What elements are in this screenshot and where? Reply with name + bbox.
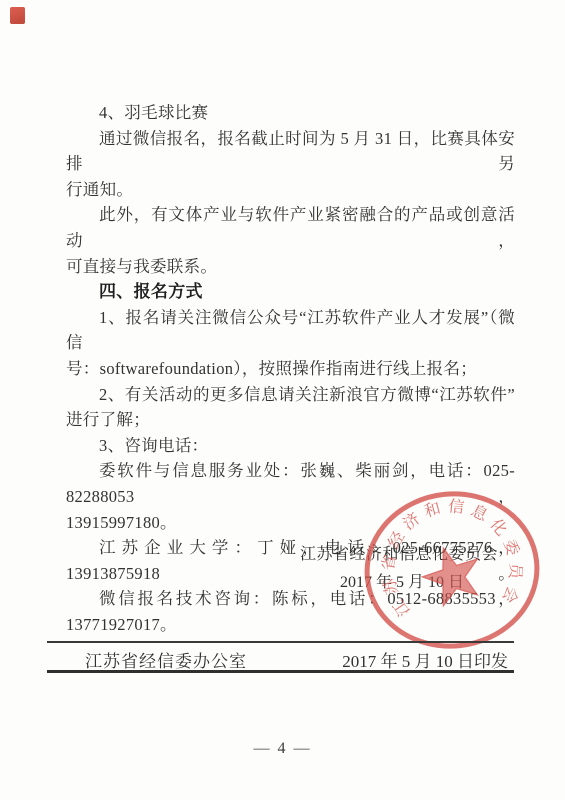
footer-issue-date: 2017 年 5 月 10 日印发 [342,647,508,672]
text-line: 进行了解； [66,407,515,433]
seal-star-icon [416,540,487,609]
text-line: 4、羽毛球比赛 [66,100,515,126]
text-line: 1、报名请关注微信公众号“江苏软件产业人才发展”（微信 [66,305,515,356]
text-line: 此外，有文体产业与软件产业紧密融合的产品或创意活动， [66,202,515,253]
section-heading: 四、报名方式 [66,279,515,305]
text-line: 号：softwarefoundation），按照操作指南进行线上报名； [66,356,515,382]
text-line: 通过微信报名，报名截止时间为 5 月 31 日，比赛具体安排另 [66,126,515,177]
scanned-document-page: 4、羽毛球比赛 通过微信报名，报名截止时间为 5 月 31 日，比赛具体安排另 … [0,0,565,800]
text-line: 3、咨询电话： [66,433,515,459]
footer-office: 江苏省经信委办公室 [85,647,247,672]
text-line: 2、有关活动的更多信息请关注新浪官方微博“江苏软件” [66,382,515,408]
footer-rule-bottom [47,670,514,673]
text-line: 行通知。 [66,177,515,203]
footer-rule-top [47,641,514,643]
page-number: — 4 — [0,740,565,758]
official-seal: 江苏省经济和信息化委员会 [357,481,547,663]
text-line: 可直接与我委联系。 [66,254,515,280]
red-stamp-fragment-icon [10,7,25,24]
